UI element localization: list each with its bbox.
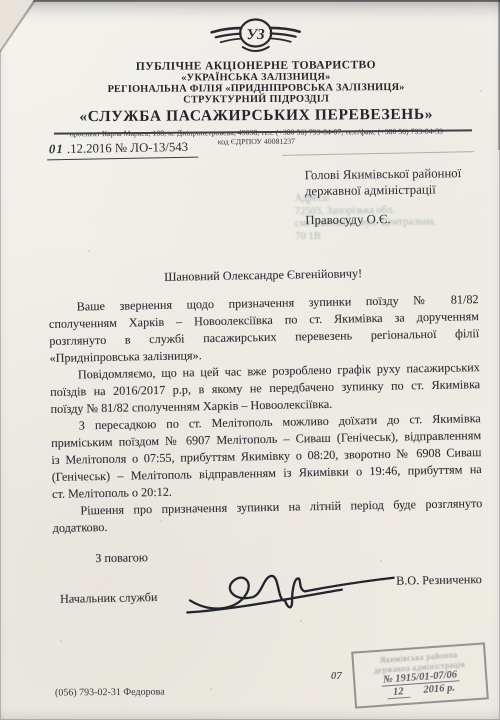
- paragraph: Ваше звернення щодо призначення зупинки …: [49, 291, 480, 367]
- registration-stamp: 07 Якимівська районна державна адміністр…: [351, 642, 489, 708]
- stamp-year: 2016 р.: [423, 683, 455, 696]
- uz-logo-letters: УЗ: [247, 27, 266, 43]
- paragraph: Повідомляємо, що на цей час вже розробле…: [50, 359, 481, 418]
- letter-body: Шановний Олександре Євгенійовичу! Ваше з…: [48, 263, 484, 629]
- ghost-line: 70 1В: [295, 228, 480, 243]
- signer-position: Начальник служби: [60, 589, 158, 608]
- scanned-letter-page: УЗ ПУБЛІЧНЕ АКЦІОНЕРНЕ ТОВАРИСТВО «УКРАЇ…: [0, 0, 500, 720]
- stamp-handwritten-day-prefix: 07: [331, 671, 342, 681]
- addressee-line: державної адміністрації: [305, 181, 490, 200]
- signature-scribble: [183, 553, 399, 615]
- scan-edge-top: [0, 0, 500, 2]
- org-name-line4: СТРУКТУРНИЙ ПІДРОЗДІЛ: [38, 92, 474, 106]
- addressee-block: Голові Якимівської районної державної ад…: [305, 165, 491, 229]
- org-name-line5: «СЛУЖБА ПАСАЖИРСЬКИХ ПЕРЕВЕЗЕНЬ»: [38, 105, 474, 126]
- closing-block: З повагою Начальник служби В.О. Резничен…: [53, 543, 484, 629]
- ukrzaliznytsia-uz-emblem-icon: УЗ: [208, 14, 304, 59]
- executor-contact: (056) 793-02-31 Федорова: [55, 687, 165, 699]
- reference-date-number: .12.2016 № ЛО-13/543: [64, 140, 189, 156]
- paragraph: З пересадкою по ст. Мелітополь можливо д…: [51, 410, 482, 503]
- salutation: Шановний Олександре Євгенійовичу!: [48, 263, 478, 288]
- page-corner-fold: [0, 0, 35, 53]
- addressee-name: Правосуду О.Є.: [305, 210, 490, 229]
- outgoing-reference-number: 01 .12.2016 № ЛО-13/543: [47, 140, 198, 161]
- scan-fold-line: [282, 151, 474, 156]
- letterhead: УЗ ПУБЛІЧНЕ АКЦІОНЕРНЕ ТОВАРИСТВО «УКРАЇ…: [38, 12, 475, 147]
- handwritten-day: 01: [49, 142, 64, 156]
- stamp-handwritten-month: 12: [387, 687, 410, 700]
- paragraph: Рішення про призначення зупинки на літні…: [52, 495, 483, 537]
- signer-name: В.О. Резниченко: [396, 571, 482, 590]
